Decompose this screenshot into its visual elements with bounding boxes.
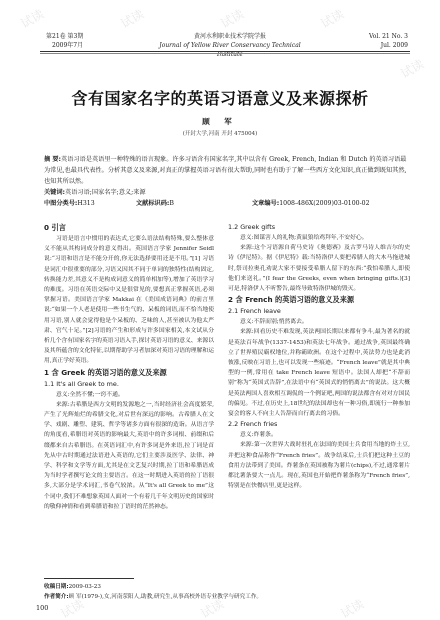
header-journal-name: 黄河水利职业技术学院学报 Journal of Yellow River Con… bbox=[150, 32, 310, 59]
paper-page: 第21卷 第3期 2009年7月 黄河水利职业技术学院学报 Journal of… bbox=[0, 0, 440, 620]
watermark: 试读 bbox=[217, 5, 246, 32]
keywords: 关键词:英语习语;国家名字;意义;来源 bbox=[44, 187, 410, 198]
clc-code: 中图分类号:H313 bbox=[44, 198, 95, 207]
intro-paragraph: 习语是语言中惯用的表达式,它要么语法结构特殊,要么整体意义不能从其构词成分的意义… bbox=[44, 234, 214, 367]
section-1-heading: 1 含 Greek 的英语习语的意义及来源 bbox=[44, 367, 214, 379]
paper-title: 含有国家名字的英语习语意义及来源探析 bbox=[0, 86, 440, 109]
abstract-label: 摘 要: bbox=[44, 156, 61, 163]
document-code: 文献标识码:B bbox=[136, 198, 174, 207]
abstract-block: 摘 要:英语习语是英语里一种特殊的语言现象。许多习语含有国家名字,其中以含有 G… bbox=[44, 154, 410, 198]
section-2-2-heading: 2.2 French fries bbox=[228, 419, 410, 430]
journal-name-cn: 黄河水利职业技术学院学报 bbox=[150, 32, 310, 41]
abstract: 摘 要:英语习语是英语里一种特殊的语言现象。许多习语含有国家名字,其中以含有 G… bbox=[44, 154, 410, 187]
received-date: 收稿日期:2009-03-23 bbox=[44, 582, 101, 590]
abstract-text: 英语习语是英语里一种特殊的语言现象。许多习语含有国家名字,其中以含有 Greek… bbox=[44, 156, 407, 185]
bio-label: 作者简介: bbox=[44, 594, 69, 600]
bio-value: 顾 军(1979-),女,河南荥阳人,助教,研究生,从事高校外语专业教学与研究工… bbox=[69, 594, 262, 600]
section-2-1-meaning: 意义:不辞而别;悄然离去。 bbox=[228, 317, 410, 327]
author-bio: 作者简介:顾 军(1979-),女,河南荥阳人,助教,研究生,从事高校外语专业教… bbox=[44, 592, 262, 600]
keywords-text: 英语习语;国家名字;意义;来源 bbox=[65, 189, 146, 196]
right-column: 1.2 Greek gifts 意义:图谋害人的礼物;黄鼠狼给鸡拜年,不安好心。… bbox=[228, 222, 410, 491]
section-2-2-meaning: 意义:炸薯条。 bbox=[228, 430, 410, 440]
author-name: 顾 军 bbox=[0, 116, 440, 127]
watermark: 试读 bbox=[17, 5, 46, 32]
footnote-rule bbox=[44, 578, 134, 579]
section-1-2-meaning: 意义:图谋害人的礼物;黄鼠狼给鸡拜年,不安好心。 bbox=[228, 233, 410, 243]
section-0-heading: 0 引言 bbox=[44, 222, 214, 234]
issue-date-en: Jul. 2009 bbox=[369, 41, 408, 50]
header-volume-issue: 第21卷 第3期 2009年7月 bbox=[46, 32, 83, 50]
left-column: 0 引言 习语是语言中惯用的表达式,它要么语法结构特殊,要么整体意义不能从其构词… bbox=[44, 222, 214, 512]
author-affiliation: (开封大学,河南 开封 475004) bbox=[0, 129, 440, 137]
section-1-1-source: 来源:古希腊是西方文明的发源地之一,当时经济社会高度繁荣,产生了光辉灿烂的希腊文… bbox=[44, 400, 214, 512]
section-1-2-source: 来源:这个习语源自荷马史诗《奥德赛》及古罗马诗人维吉尔的史诗《伊尼特》。据《伊尼… bbox=[228, 243, 410, 294]
watermark: 试读 bbox=[397, 55, 426, 82]
issue-date: 2009年7月 bbox=[46, 41, 83, 50]
page-number: 100 bbox=[36, 604, 48, 612]
received-value: 2009-03-23 bbox=[69, 584, 101, 590]
section-2-1-source: 来源:回看历史不难发现,英法两国长期以来都有争斗,最为著名的就是英法百年战争(1… bbox=[228, 327, 410, 419]
section-1-1-heading: 1.1 It's all Greek to me. bbox=[44, 379, 214, 390]
section-1-2-heading: 1.2 Greek gifts bbox=[228, 222, 410, 233]
header-volume-en: Vol. 21 No. 3 Jul. 2009 bbox=[369, 32, 408, 50]
header-rule bbox=[40, 51, 410, 52]
received-label: 收稿日期: bbox=[44, 584, 69, 590]
section-1-1-meaning: 意义:全然不懂;一窍不通。 bbox=[44, 390, 214, 400]
volume-issue-en: Vol. 21 No. 3 bbox=[369, 32, 408, 41]
volume-issue: 第21卷 第3期 bbox=[46, 32, 83, 41]
watermark: 试读 bbox=[117, 5, 146, 32]
section-2-2-source: 来源:第一次世界大战时驻扎在法国的美国士兵食用当地的炸土豆,并把这种食品称作“F… bbox=[228, 440, 410, 491]
journal-name-en: Journal of Yellow River Conservancy Tech… bbox=[150, 41, 310, 59]
article-number: 文章编号:1008-486X(2009)03-0100-02 bbox=[252, 198, 370, 207]
header-rule-thin bbox=[40, 53, 410, 54]
watermark: 试读 bbox=[337, 595, 366, 620]
keywords-label: 关键词: bbox=[44, 189, 65, 196]
section-2-1-heading: 2.1 French leave bbox=[228, 306, 410, 317]
watermark: 试读 bbox=[317, 5, 346, 32]
section-2-heading: 2 含 French 的英语习语的意义及来源 bbox=[228, 294, 410, 306]
